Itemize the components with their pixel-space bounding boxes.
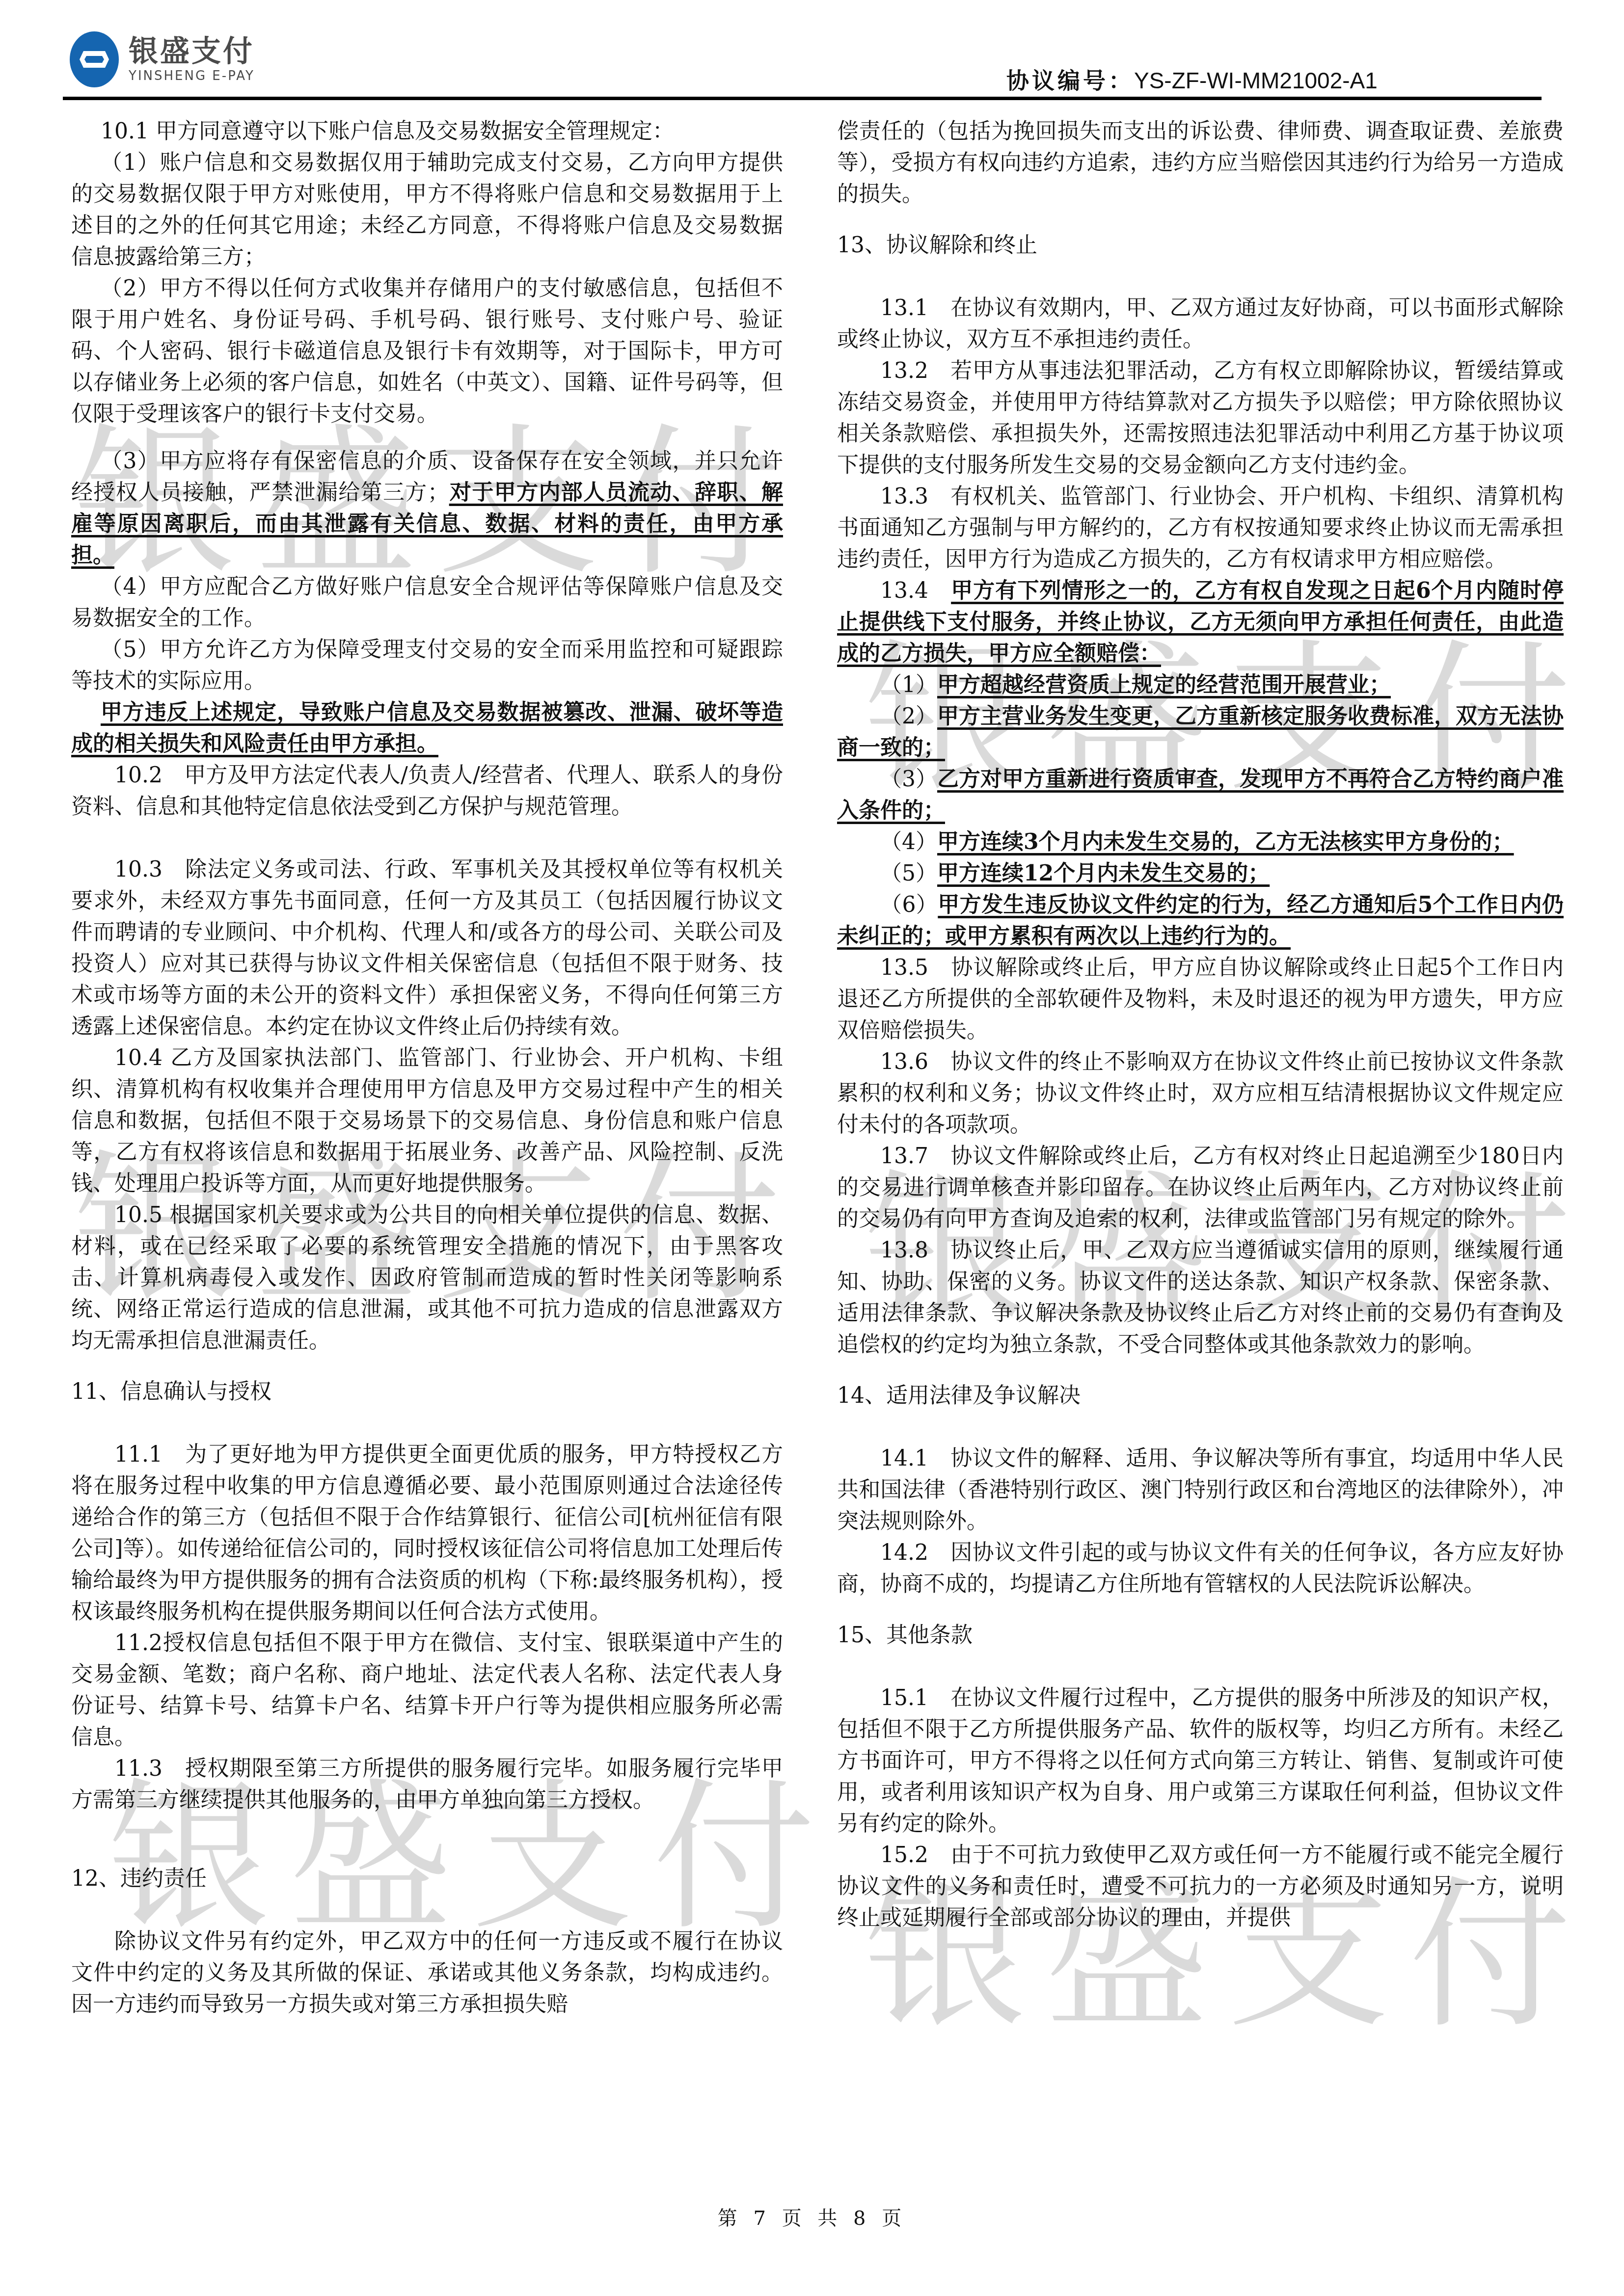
item-number: （1） [880, 672, 937, 697]
item-text: 甲方超越经营资质上规定的经营范围开展营业； [937, 672, 1391, 697]
clause-11-3: 11.3 授权期限至第三方所提供的服务履行完毕。如服务履行完毕甲方需第三方继续提… [71, 1753, 783, 1816]
clause-12-continued: 偿责任的（包括为挽回损失而支出的诉讼费、律师费、调查取证费、差旅费等），受损方有… [837, 116, 1564, 210]
page-number: 第 7 页 共 8 页 [0, 2203, 1624, 2231]
clause-13-4-item: （6）甲方发生违反协议文件约定的行为，经乙方通知后5个工作日内仍未纠正的；或甲方… [837, 889, 1564, 952]
header-divider [63, 97, 1542, 100]
yinsheng-logo-icon [69, 30, 120, 88]
clause-10-1-item-5: （5）甲方允许乙方为保障受理支付交易的安全而采用监控和可疑跟踪等技术的实际应用。 [71, 634, 783, 697]
clause-10-1-penalty: 甲方违反上述规定，导致账户信息及交易数据被篡改、泄漏、破坏等造成的相关损失和风险… [71, 697, 783, 760]
clause-10-3: 10.3 除法定义务或司法、行政、军事机关及其授权单位等有权机关要求外，未经双方… [71, 854, 783, 1042]
clause-15-1: 15.1 在协议文件履行过程中，乙方提供的服务中所涉及的知识产权，包括但不限于乙… [837, 1682, 1564, 1840]
item-text: 乙方对甲方重新进行资质审查，发现甲方不再符合乙方特约商户准入条件的； [837, 767, 1564, 823]
item-number: （2） [880, 704, 937, 729]
clause-14-2: 14.2 因协议文件引起的或与协议文件有关的任何争议，各方应友好协商，协商不成的… [837, 1537, 1564, 1600]
clause-13-8: 13.8 协议终止后，甲、乙双方应当遵循诚实信用的原则，继续履行通知、协助、保密… [837, 1235, 1564, 1361]
agreement-number-value: YS-ZF-WI-MM21002-A1 [1134, 68, 1378, 93]
clause-10-1-item-3: （3）甲方应将存有保密信息的介质、设备保存在安全领域，并只允许经授权人员接触，严… [71, 446, 783, 571]
clause-10-4: 10.4 乙方及国家执法部门、监管部门、行业协会、开户机构、卡组织、清算机构有权… [71, 1042, 783, 1200]
right-column: 偿责任的（包括为挽回损失而支出的诉讼费、律师费、调查取证费、差旅费等），受损方有… [837, 116, 1564, 1934]
clause-13-4-item: （1）甲方超越经营资质上规定的经营范围开展营业； [837, 669, 1564, 701]
clause-13-7: 13.7 协议文件解除或终止后，乙方有权对终止日起追溯至少180日内的交易进行调… [837, 1141, 1564, 1235]
clause-13-1: 13.1 在协议有效期内，甲、乙双方通过友好协商，可以书面形式解除或终止协议，双… [837, 293, 1564, 355]
clause-13-6: 13.6 协议文件的终止不影响双方在协议文件终止前已按协议文件条款累积的权利和义… [837, 1046, 1564, 1141]
item-text: 甲方主营业务发生变更，乙方重新核定服务收费标准，双方无法协商一致的； [837, 704, 1564, 760]
clause-13-4-item: （4）甲方连续3个月内未发生交易的，乙方无法核实甲方身份的； [837, 827, 1564, 858]
clause-10-2: 10.2 甲方及甲方法定代表人/负责人/经营者、代理人、联系人的身份资料、信息和… [71, 760, 783, 823]
clause-13-2: 13.2 若甲方从事违法犯罪活动，乙方有权立即解除协议，暂缓结算或冻结交易资金，… [837, 355, 1564, 481]
clause-12: 除协议文件另有约定外，甲乙双方中的任何一方违反或不履行在协议文件中约定的义务及其… [71, 1926, 783, 2020]
agreement-number: 协议编号：YS-ZF-WI-MM21002-A1 [1006, 63, 1378, 95]
clause-11-1: 11.1 为了更好地为甲方提供更全面更优质的服务，甲方特授权乙方将在服务过程中收… [71, 1439, 783, 1628]
clause-13-4-item: （2）甲方主营业务发生变更，乙方重新核定服务收费标准，双方无法协商一致的； [837, 701, 1564, 764]
item-number: （4） [880, 829, 937, 854]
document-page: 银盛支付 YINSHENG E-PAY 协议编号：YS-ZF-WI-MM2100… [0, 0, 1624, 2296]
clause-13-4: 13.4 甲方有下列情形之一的，乙方有权自发现之日起6个月内随时停止提供线下支付… [837, 575, 1564, 669]
clause-10-5: 10.5 根据国家机关要求或为公共目的向相关单位提供的信息、数据、材料，或在已经… [71, 1200, 783, 1357]
clause-11-2: 11.2授权信息包括但不限于甲方在微信、支付宝、银联渠道中产生的交易金额、笔数；… [71, 1628, 783, 1753]
clause-10-1-item-1: （1）账户信息和交易数据仅用于辅助完成支付交易，乙方向甲方提供的交易数据仅限于甲… [71, 147, 783, 273]
item-number: （3） [880, 767, 937, 792]
agreement-number-label: 协议编号： [1006, 67, 1134, 94]
clause-13-4-number: 13.4 [880, 578, 951, 603]
clause-13-5: 13.5 协议解除或终止后，甲方应自协议解除或终止日起5个工作日内退还乙方所提供… [837, 952, 1564, 1046]
company-logo: 银盛支付 YINSHENG E-PAY [69, 30, 275, 88]
section-heading-15: 15、其他条款 [837, 1620, 1564, 1651]
clause-13-4-item: （3）乙方对甲方重新进行资质审查，发现甲方不再符合乙方特约商户准入条件的； [837, 764, 1564, 827]
left-column: 10.1 甲方同意遵守以下账户信息及交易数据安全管理规定： （1）账户信息和交易… [71, 116, 783, 2020]
section-heading-11: 11、信息确认与授权 [71, 1376, 783, 1408]
section-heading-12: 12、违约责任 [71, 1863, 783, 1895]
clause-10-1-penalty-text: 甲方违反上述规定，导致账户信息及交易数据被篡改、泄漏、破坏等造成的相关损失和风险… [71, 700, 783, 756]
clause-14-1: 14.1 协议文件的解释、适用、争议解决等所有事宜，均适用中华人民共和国法律（香… [837, 1443, 1564, 1537]
item-text: 甲方连续3个月内未发生交易的，乙方无法核实甲方身份的； [937, 829, 1514, 854]
clause-13-4-item: （5）甲方连续12个月内未发生交易的； [837, 858, 1564, 889]
section-heading-14: 14、适用法律及争议解决 [837, 1380, 1564, 1412]
section-heading-13: 13、协议解除和终止 [837, 230, 1564, 261]
clause-10-1-item-2: （2）甲方不得以任何方式收集并存储用户的支付敏感信息，包括但不限于用户姓名、身份… [71, 273, 783, 430]
item-text: 甲方连续12个月内未发生交易的； [937, 861, 1270, 886]
logo-english-name: YINSHENG E-PAY [129, 68, 255, 84]
clause-10-1: 10.1 甲方同意遵守以下账户信息及交易数据安全管理规定： [71, 116, 783, 147]
item-number: （6） [880, 892, 938, 917]
clause-15-2: 15.2 由于不可抗力致使甲乙双方或任何一方不能履行或不能完全履行协议文件的义务… [837, 1840, 1564, 1934]
item-text: 甲方发生违反协议文件约定的行为，经乙方通知后5个工作日内仍未纠正的；或甲方累积有… [837, 892, 1564, 949]
clause-10-1-item-4: （4）甲方应配合乙方做好账户信息安全合规评估等保障账户信息及交易数据安全的工作。 [71, 571, 783, 634]
logo-chinese-name: 银盛支付 [129, 35, 255, 68]
clause-13-3: 13.3 有权机关、监管部门、行业协会、开户机构、卡组织、清算机构书面通知乙方强… [837, 481, 1564, 575]
item-number: （5） [880, 861, 937, 886]
